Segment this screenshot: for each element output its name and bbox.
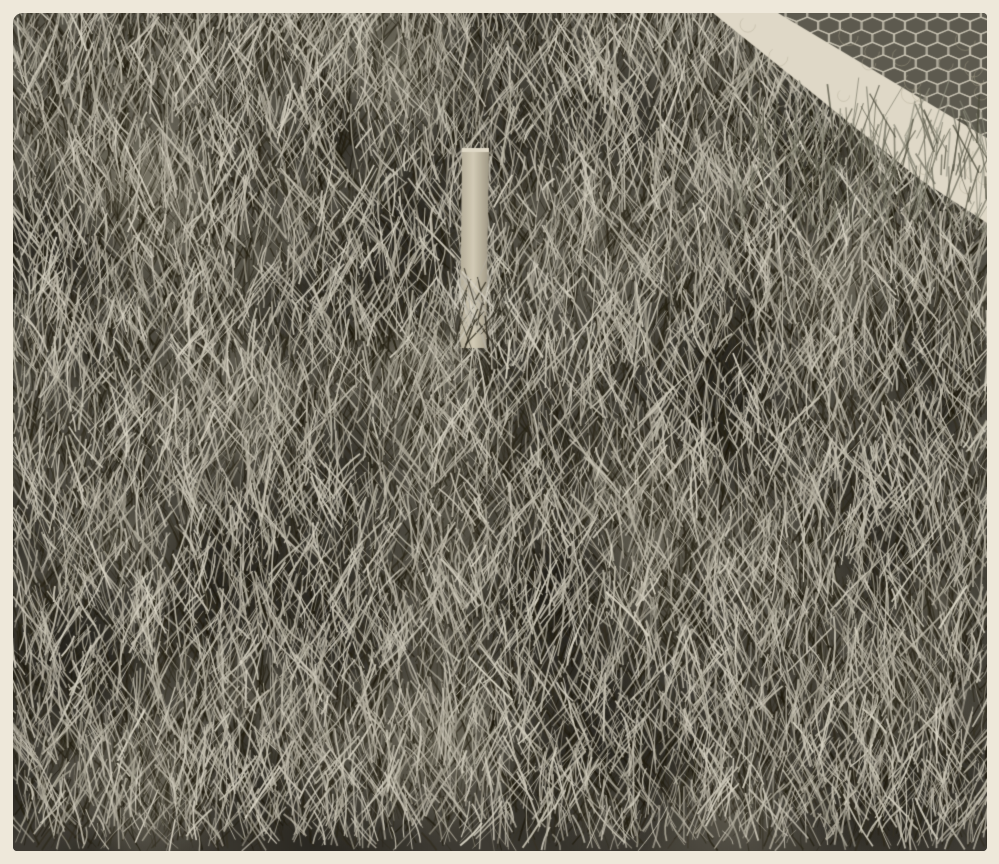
photo-paper-border bbox=[0, 0, 999, 864]
photograph bbox=[13, 13, 987, 851]
grass-field-image bbox=[13, 13, 987, 851]
